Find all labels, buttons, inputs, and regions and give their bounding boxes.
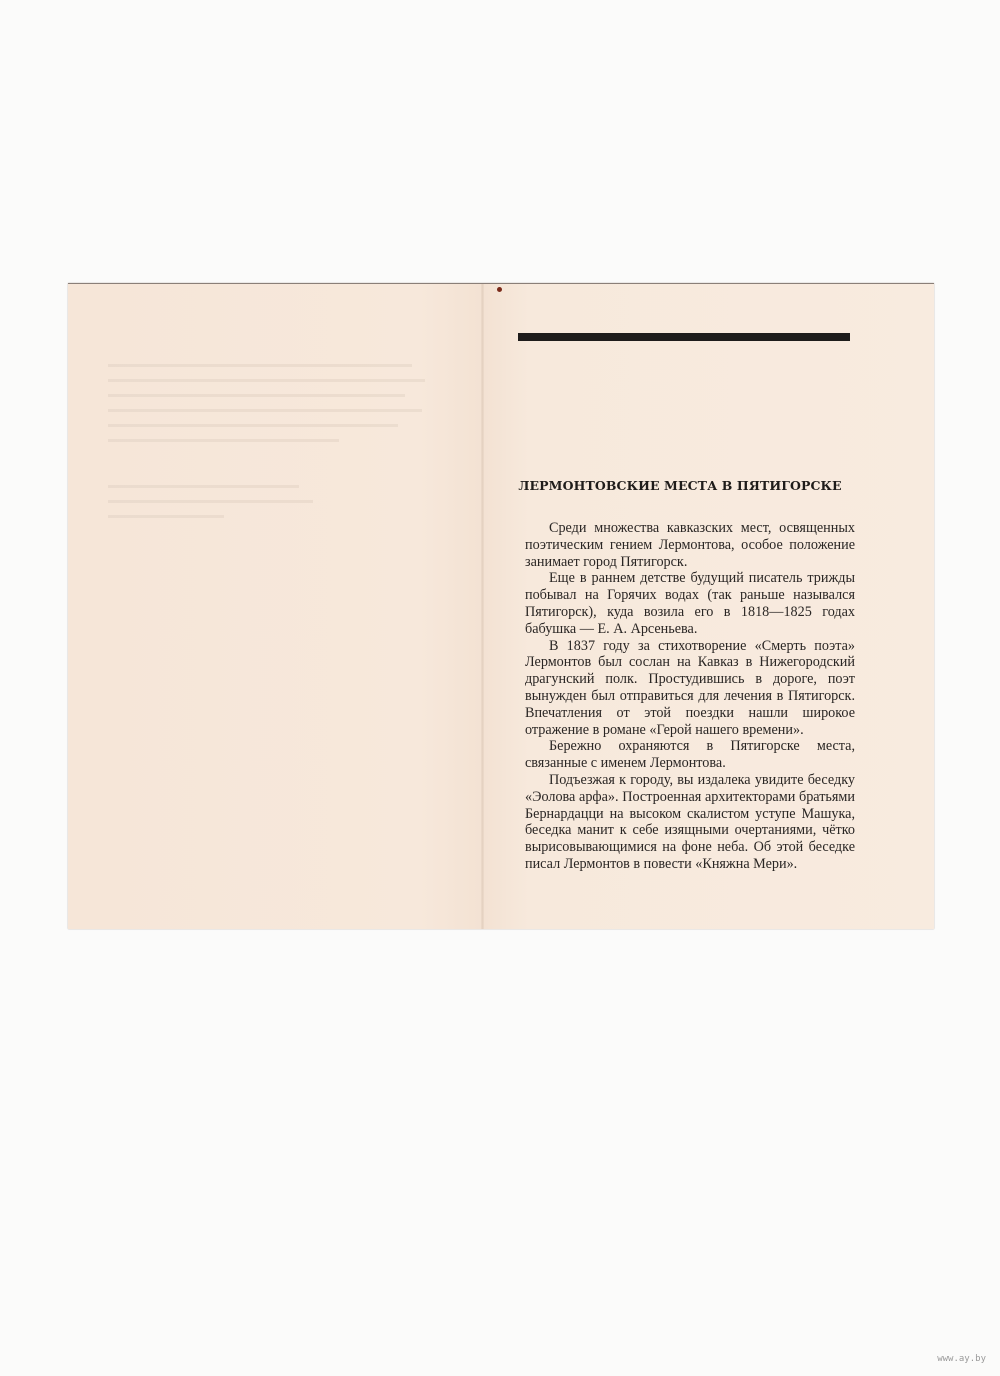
paragraph-3: В 1837 году за стихотворение «Смерть поэ… (525, 638, 855, 739)
stain-mark (497, 287, 502, 292)
paragraph-2: Еще в раннем детстве будущий писатель тр… (525, 570, 855, 637)
left-page (68, 284, 482, 929)
bleed-through-text (108, 364, 438, 530)
page-title: ЛЕРМОНТОВСКИЕ МЕСТА В ПЯТИГОРСКЕ (500, 478, 860, 493)
paragraph-4: Бережно охраняются в Пятигорске места, с… (525, 738, 855, 772)
paragraph-1: Среди множества кавказских мест, освящен… (525, 520, 855, 570)
article-body: Среди множества кавказских мест, освящен… (525, 520, 855, 873)
header-rule (518, 333, 850, 341)
site-watermark: www.ay.by (937, 1354, 986, 1364)
paragraph-5: Подъезжая к городу, вы издалека увидите … (525, 772, 855, 873)
